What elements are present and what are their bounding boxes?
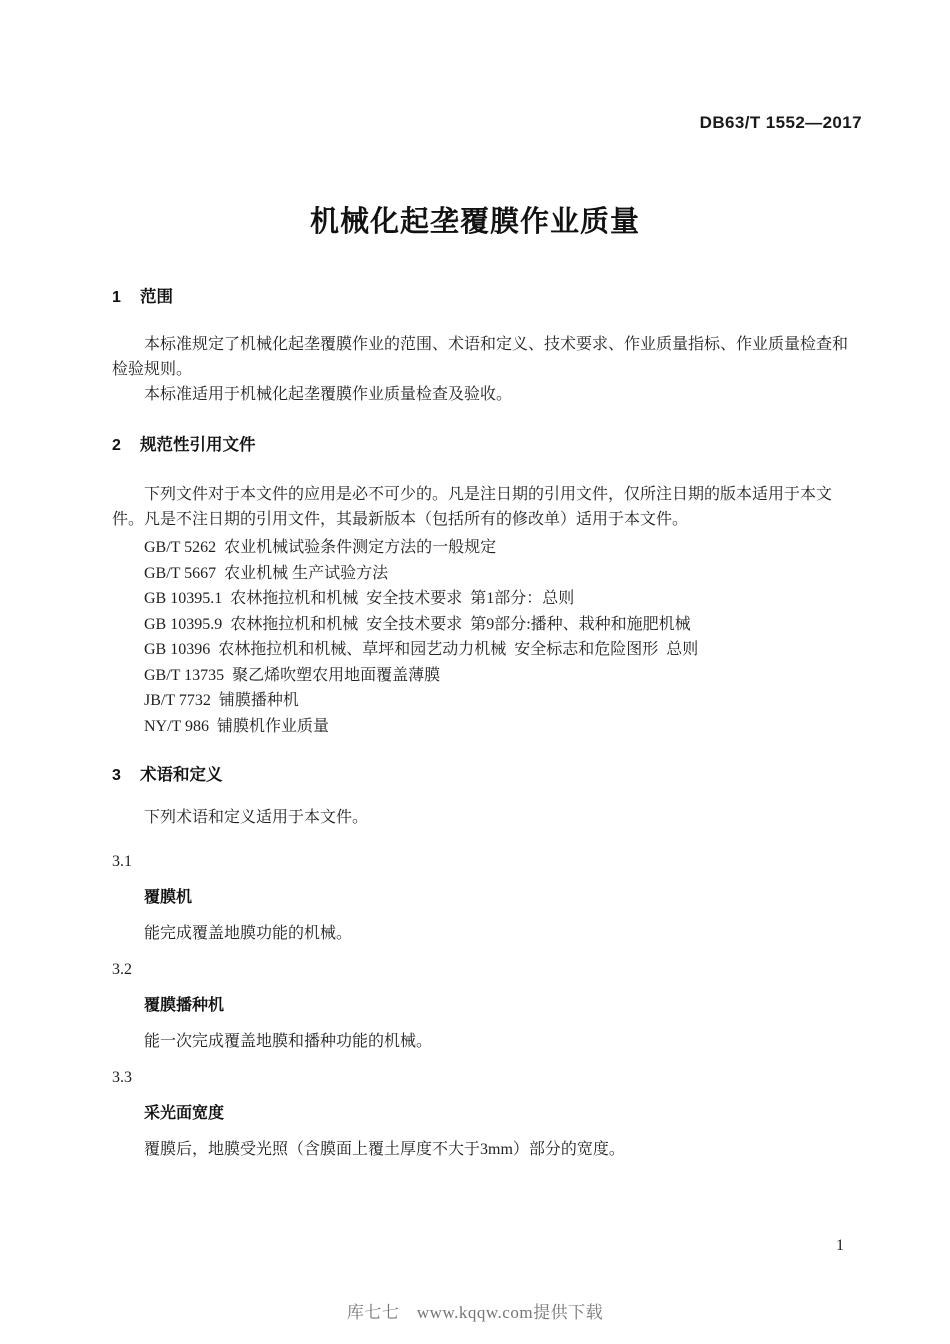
section-3-number: 3	[112, 763, 140, 788]
normative-references-list: GB/T 5262 农业机械试验条件测定方法的一般规定 GB/T 5667 农业…	[112, 535, 862, 739]
term-name: 覆膜机	[112, 885, 862, 910]
term-number: 3.1	[112, 849, 862, 874]
reference-item: GB/T 13735 聚乙烯吹塑农用地面覆盖薄膜	[112, 663, 862, 689]
section-2-title: 规范性引用文件	[140, 436, 256, 454]
section-3-title: 术语和定义	[140, 766, 223, 784]
document-body: 1范围 本标准规定了机械化起垄覆膜作业的范围、术语和定义、技术要求、作业质量指标…	[112, 0, 862, 1162]
term-number: 3.3	[112, 1065, 862, 1090]
reference-item: GB/T 5262 农业机械试验条件测定方法的一般规定	[112, 535, 862, 561]
normative-references-intro: 下列文件对于本文件的应用是必不可少的。凡是注日期的引用文件，仅所注日期的版本适用…	[112, 482, 862, 532]
section-2-number: 2	[112, 433, 140, 458]
reference-item: JB/T 7732 铺膜播种机	[112, 688, 862, 714]
document-page: DB63/T 1552—2017 机械化起垄覆膜作业质量 1范围 本标准规定了机…	[0, 0, 950, 1344]
reference-item: NY/T 986 铺膜机作业质量	[112, 714, 862, 740]
term-name: 覆膜播种机	[112, 993, 862, 1018]
section-2-heading: 2规范性引用文件	[112, 433, 862, 458]
terms-intro: 下列术语和定义适用于本文件。	[112, 805, 862, 830]
section-3-heading: 3术语和定义	[112, 763, 862, 788]
term-definition: 覆膜后，地膜受光照（含膜面上覆土厚度不大于3mm）部分的宽度。	[112, 1137, 862, 1162]
reference-item: GB/T 5667 农业机械 生产试验方法	[112, 561, 862, 587]
reference-item: GB 10395.9 农林拖拉机和机械 安全技术要求 第9部分:播种、栽种和施肥…	[112, 612, 862, 638]
term-definition: 能一次完成覆盖地膜和播种功能的机械。	[112, 1029, 862, 1054]
term-definition: 能完成覆盖地膜功能的机械。	[112, 921, 862, 946]
scope-paragraph-1: 本标准规定了机械化起垄覆膜作业的范围、术语和定义、技术要求、作业质量指标、作业质…	[112, 332, 862, 382]
section-1-heading: 1范围	[112, 285, 862, 310]
scope-paragraph-2: 本标准适用于机械化起垄覆膜作业质量检查及验收。	[112, 382, 862, 407]
section-1-title: 范围	[140, 288, 173, 306]
reference-item: GB 10395.1 农林拖拉机和机械 安全技术要求 第1部分：总则	[112, 586, 862, 612]
term-name: 采光面宽度	[112, 1101, 862, 1126]
watermark-footer: 库七七 www.kqqw.com提供下载	[0, 1298, 950, 1323]
section-1-number: 1	[112, 285, 140, 310]
reference-item: GB 10396 农林拖拉机和机械、草坪和园艺动力机械 安全标志和危险图形 总则	[112, 637, 862, 663]
term-number: 3.2	[112, 957, 862, 982]
page-number: 1	[836, 1233, 844, 1258]
